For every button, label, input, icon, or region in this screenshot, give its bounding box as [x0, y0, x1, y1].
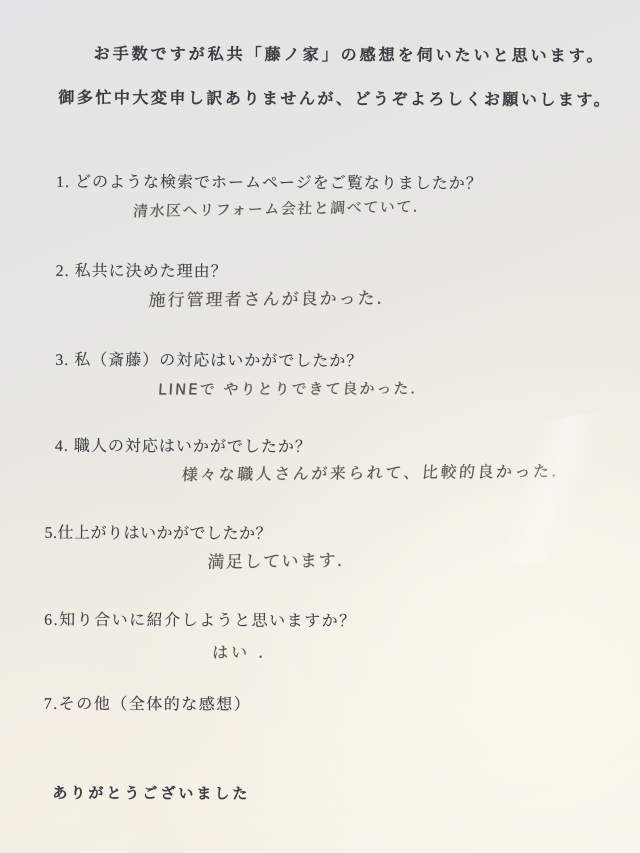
- intro-line-1: お手数ですが私共「藤ノ家」の感想を伺いたいと思います。: [94, 41, 606, 66]
- answer-4: 様々な職人さんが来られて、比較的良かった.: [181, 458, 560, 485]
- answer-3: LINEで やりとりできて良かった.: [157, 377, 417, 399]
- answer-6: はい .: [212, 640, 267, 663]
- question-3: 3. 私（斎藤）の対応はいかがでしたか？: [55, 347, 363, 371]
- questionnaire-photo: お手数ですが私共「藤ノ家」の感想を伺いたいと思います。 御多忙中大変申し訳ありま…: [0, 0, 640, 853]
- question-1: 1. どのような検索でホームページをご覧なりましたか？: [56, 169, 483, 194]
- question-7: 7.その他（全体的な感想）: [44, 691, 252, 715]
- intro-line-2: 御多忙中大変申し訳ありませんが、どうぞよろしくお願いします。: [58, 85, 612, 110]
- paper-sheet: お手数ですが私共「藤ノ家」の感想を伺いたいと思います。 御多忙中大変申し訳ありま…: [0, 0, 640, 853]
- question-6: 6.知り合いに紹介しようと思いますか？: [44, 607, 357, 631]
- question-4: 4. 職人の対応はいかがでしたか？: [55, 433, 312, 457]
- question-2: 2. 私共に決めた理由？: [56, 258, 228, 282]
- answer-1: 清水区へリフォーム会社と調べていて.: [132, 195, 419, 221]
- answer-5: 満足しています.: [207, 546, 344, 573]
- question-5: 5.仕上がりはいかがでしたか？: [44, 520, 272, 544]
- closing-line: ありがとうございました: [52, 782, 250, 804]
- answer-2: 施行管理者さんが良かった.: [148, 284, 384, 311]
